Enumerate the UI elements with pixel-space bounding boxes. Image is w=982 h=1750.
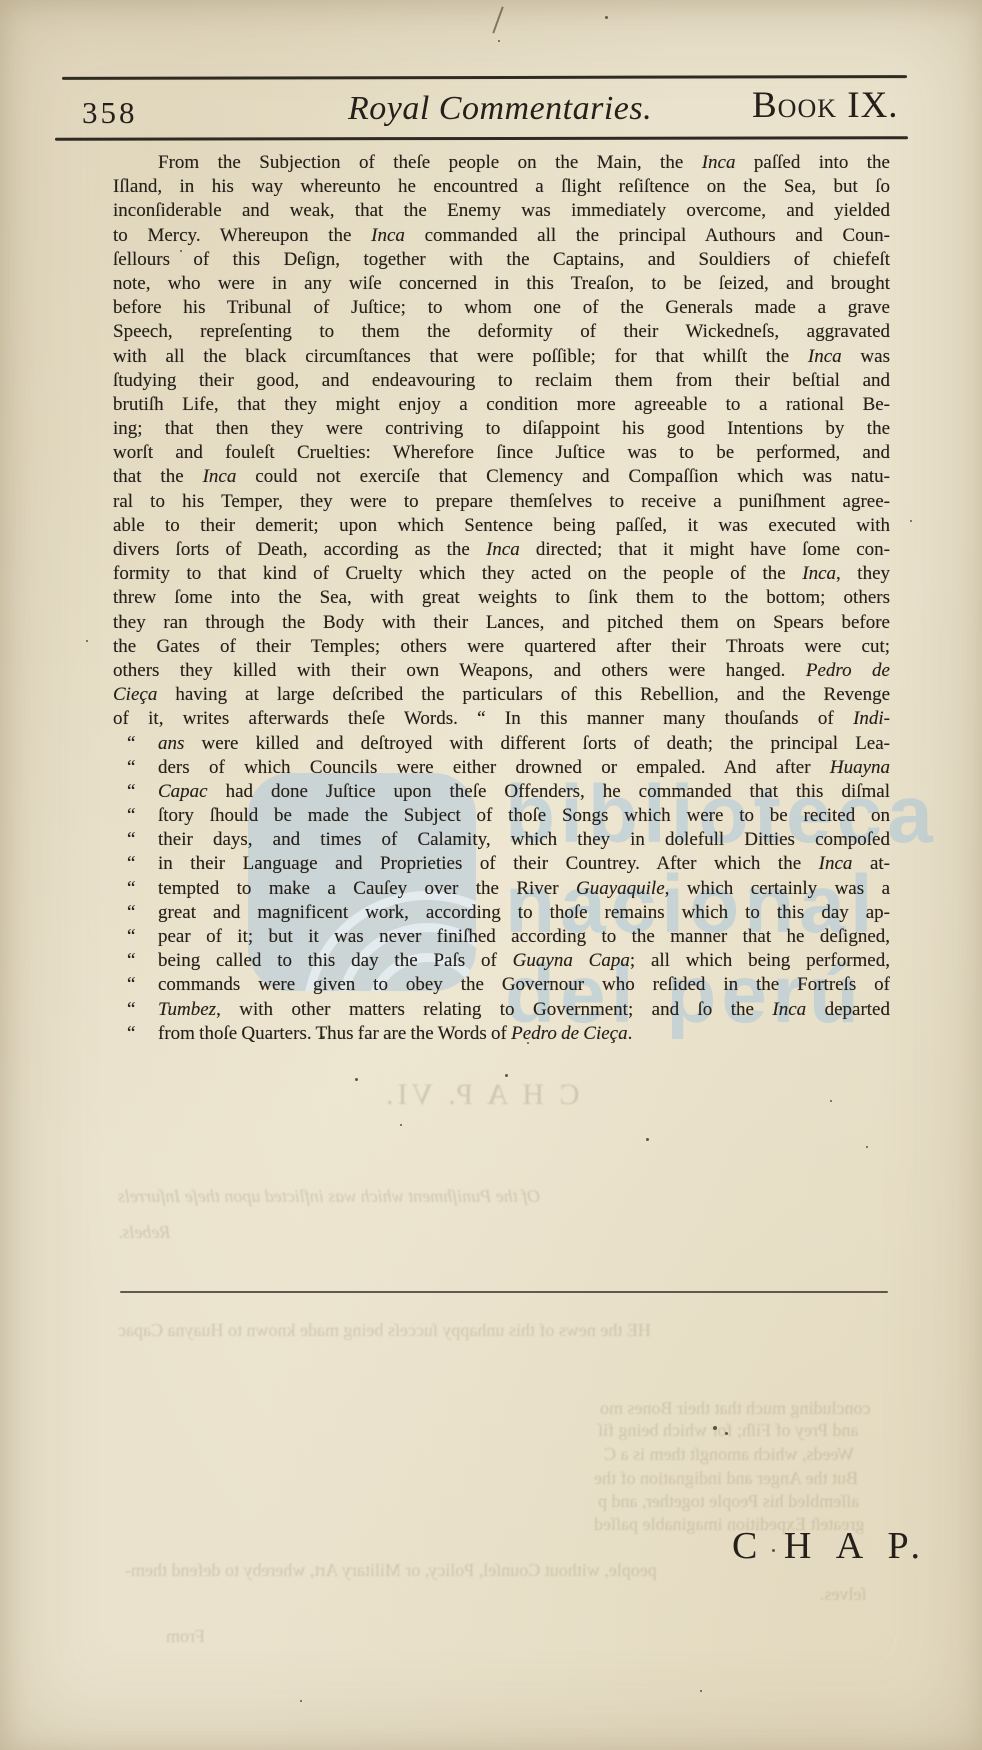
page-number: 358 (82, 95, 138, 131)
text-line: brutiſh Life, that they might enjoy a co… (113, 393, 890, 417)
text-segment: worſt and fouleſt Cruelties: Wherefore ſ… (113, 442, 890, 463)
ink-speck (700, 1690, 702, 1692)
text-segment: their days, and times of Calamity, which… (158, 829, 890, 850)
text-line: ſtudying their good, and endeavouring to… (113, 369, 890, 393)
text-line: that the Inca could not exerciſe that Cl… (113, 465, 890, 489)
text-line: “Capac had done Juſtice upon theſe Offen… (113, 780, 890, 804)
text-segment: others they killed with their own Weapon… (113, 660, 806, 681)
text-line: “being called to this day the Paſs of Gu… (113, 949, 890, 973)
text-segment: , which certainly was a (665, 878, 890, 899)
text-segment: Iſland, in his way whereunto he encountr… (113, 176, 890, 197)
ink-speck (772, 1549, 775, 1552)
bleedthrough-line: C H A P. VI. (382, 1078, 580, 1112)
bleedthrough-line: aſſembled his People together, and p (598, 1491, 859, 1512)
ink-speck (605, 16, 608, 19)
text-segment: in their Language and Proprieties of the… (158, 853, 819, 874)
catchword: C H A P. (732, 1524, 926, 1568)
text-line: “ans were killed and deſtroyed with diff… (113, 732, 890, 756)
bleedthrough-line: people, without Counſel, Policy, or Mili… (125, 1560, 657, 1581)
text-segment: Pedro de Cieça (511, 1023, 627, 1044)
text-segment: commands were given to obey the Governou… (158, 974, 890, 995)
text-line: Cieça having at large deſcribed the part… (113, 683, 890, 707)
text-segment: the Gates of their Temples; others were … (113, 636, 890, 657)
text-line: “from thoſe Quarters. Thus far are the W… (113, 1022, 890, 1046)
header-top-rule (62, 75, 907, 80)
text-line: able to their demerit; upon which Senten… (113, 514, 890, 538)
text-line: ſellours of this Deſign, together with t… (113, 248, 890, 272)
text-segment: Inca (819, 853, 853, 874)
bleedthrough-line: From (166, 1626, 205, 1647)
text-segment: able to their demerit; upon which Senten… (113, 515, 890, 536)
text-segment: Capac (158, 781, 208, 802)
text-segment: Huayna (830, 757, 890, 778)
text-segment: ans (158, 733, 184, 754)
text-segment: ſellours of this Deſign, together with t… (113, 249, 890, 270)
text-segment: commanded all the principal Authours and… (405, 225, 890, 246)
ink-speck (86, 640, 88, 642)
text-line: inconſiderable and weak, that the Enemy … (113, 199, 890, 223)
hanging-quote-mark: “ (127, 901, 135, 925)
ink-speck (910, 520, 912, 522)
section-divider-rule (120, 1291, 888, 1293)
text-line: before his Tribunal of Juſtice; to whom … (113, 296, 890, 320)
body-text: From the Subjection of theſe people on t… (113, 151, 890, 1046)
text-line: worſt and fouleſt Cruelties: Wherefore ſ… (113, 441, 890, 465)
text-line: others they killed with their own Weapon… (113, 659, 890, 683)
text-line: “Tumbez, with other matters relating to … (113, 998, 890, 1022)
ink-speck (713, 1426, 717, 1430)
text-line: “tempted to make a Cauſey over the River… (113, 877, 890, 901)
text-segment: Tumbez (158, 999, 216, 1020)
page-scan: 358 Royal Commentaries. Book IX. bibliot… (0, 0, 982, 1750)
text-line: with all the black circumſtances that we… (113, 345, 890, 369)
text-line: ral to his Temper, they were to prepare … (113, 490, 890, 514)
text-segment: ſtory ſhould be made the Subject of thoſ… (158, 805, 890, 826)
text-segment: From the Subjection of theſe people on t… (158, 152, 702, 173)
text-segment: ; all which being performed, (630, 950, 890, 971)
text-segment: Inca (371, 225, 405, 246)
text-segment: ſtudying their good, and endeavouring to… (113, 370, 890, 391)
ink-speck (505, 1074, 508, 1077)
text-segment: Inca (702, 152, 736, 173)
bleedthrough-line: Weeds, which amongſt them is a C (604, 1444, 854, 1465)
hanging-quote-mark: “ (127, 1022, 135, 1046)
text-segment: Guayaquile (576, 878, 665, 899)
text-segment: divers ſorts of Death, according as the (113, 539, 486, 560)
text-line: to Mercy. Whereupon the Inca commanded a… (113, 224, 890, 248)
bleedthrough-line: and Prey of Fiſh; for which being fiſ (598, 1420, 858, 1441)
hanging-quote-mark: “ (127, 852, 135, 876)
text-line: formity to that kind of Cruelty which th… (113, 562, 890, 586)
text-segment: ders of which Councils were either drown… (158, 757, 830, 778)
text-segment: Cieça (113, 684, 157, 705)
ink-speck (322, 1036, 325, 1039)
text-segment: from thoſe Quarters. Thus far are the Wo… (158, 1023, 511, 1044)
text-line: “pear of it; but it was never finiſhed a… (113, 925, 890, 949)
hanging-quote-mark: “ (127, 973, 135, 997)
text-segment: Inca (802, 563, 836, 584)
ink-speck (866, 1146, 868, 1148)
text-line: of it, writes afterwards theſe Words. “ … (113, 707, 890, 731)
text-segment: being called to this day the Paſs of (158, 950, 513, 971)
hanging-quote-mark: “ (127, 925, 135, 949)
text-segment: were killed and deſtroyed with different… (184, 733, 890, 754)
text-segment: Pedro de (806, 660, 890, 681)
header-bottom-rule (55, 136, 908, 140)
text-segment: could not exerciſe that Clemency and Com… (236, 466, 890, 487)
text-line: note, who were in any wiſe concerned in … (113, 272, 890, 296)
text-segment: had done Juſtice upon theſe Offenders, h… (208, 781, 890, 802)
text-segment: before his Tribunal of Juſtice; to whom … (113, 297, 890, 318)
ink-speck (498, 40, 500, 42)
text-line: From the Subjection of theſe people on t… (113, 151, 890, 175)
paper-scratch (492, 7, 503, 34)
hanging-quote-mark: “ (127, 828, 135, 852)
text-line: “in their Language and Proprieties of th… (113, 852, 890, 876)
text-segment: directed; that it might have ſome con- (520, 539, 890, 560)
text-segment: formity to that kind of Cruelty which th… (113, 563, 802, 584)
text-line: threw ſome into the Sea, with great weig… (113, 586, 890, 610)
ink-speck (355, 1078, 358, 1081)
text-line: they ran through the Body with their Lan… (113, 611, 890, 635)
text-segment: inconſiderable and weak, that the Enemy … (113, 200, 890, 221)
text-segment: with all the black circumſtances that we… (113, 346, 808, 367)
text-segment: Guayna Capa (513, 950, 630, 971)
text-segment: to Mercy. Whereupon the (113, 225, 371, 246)
bleedthrough-line: Of the Puniſhment which was inflicted up… (118, 1186, 540, 1207)
text-segment: tempted to make a Cauſey over the River (158, 878, 576, 899)
text-segment: having at large deſcribed the particular… (157, 684, 890, 705)
ink-speck (646, 1138, 649, 1141)
text-segment: note, who were in any wiſe concerned in … (113, 273, 890, 294)
text-segment: ing; that then they were contriving to d… (113, 418, 890, 439)
text-segment: Inca (808, 346, 842, 367)
text-segment: departed (806, 999, 890, 1020)
hanging-quote-mark: “ (127, 804, 135, 828)
text-line: divers ſorts of Death, according as the … (113, 538, 890, 562)
text-segment: Indi- (853, 708, 890, 729)
text-segment: brutiſh Life, that they might enjoy a co… (113, 394, 890, 415)
text-line: ing; that then they were contriving to d… (113, 417, 890, 441)
text-line: Iſland, in his way whereunto he encountr… (113, 175, 890, 199)
running-title: Royal Commentaries. (348, 90, 652, 128)
bleedthrough-line: ſelves. (820, 1584, 867, 1605)
text-line: “ſtory ſhould be made the Subject of tho… (113, 804, 890, 828)
bleedthrough-line: But the Anger and indignation of the (594, 1468, 858, 1489)
text-segment: , with other matters relating to Governm… (216, 999, 772, 1020)
text-segment: at- (852, 853, 890, 874)
hanging-quote-mark: “ (127, 780, 135, 804)
text-segment: , they (836, 563, 890, 584)
text-segment: was (842, 346, 890, 367)
text-line: the Gates of their Temples; others were … (113, 635, 890, 659)
text-segment: great and magnificent work, according to… (158, 902, 890, 923)
ink-speck (300, 1700, 302, 1702)
bleedthrough-line: Rebels. (118, 1222, 170, 1243)
text-line: “ders of which Councils were either drow… (113, 756, 890, 780)
text-segment: they ran through the Body with their Lan… (113, 612, 890, 633)
text-segment: Inca (203, 466, 237, 487)
hanging-quote-mark: “ (127, 949, 135, 973)
hanging-quote-mark: “ (127, 732, 135, 756)
hanging-quote-mark: “ (127, 756, 135, 780)
book-number: Book IX. (752, 84, 899, 127)
text-segment: Speech, repreſenting to them the deformi… (113, 321, 890, 342)
text-segment: pear of it; but it was never finiſhed ac… (158, 926, 890, 947)
text-segment: paſſed into the (735, 152, 890, 173)
bleedthrough-line: HE the news of this unhappy ſucceſs bein… (118, 1320, 651, 1341)
bleedthrough-line: concluding much that their Bones mo (600, 1398, 870, 1419)
ink-speck (180, 250, 182, 252)
text-line: “great and magnificent work, according t… (113, 901, 890, 925)
ink-speck (830, 1100, 832, 1102)
text-segment: threw ſome into the Sea, with great weig… (113, 587, 890, 608)
text-segment: of it, writes afterwards theſe Words. “ … (113, 708, 853, 729)
text-segment: . (628, 1023, 633, 1044)
ink-speck (527, 1042, 529, 1044)
hanging-quote-mark: “ (127, 877, 135, 901)
text-segment: Inca (486, 539, 520, 560)
text-line: “commands were given to obey the Governo… (113, 973, 890, 997)
text-line: Speech, repreſenting to them the deformi… (113, 320, 890, 344)
hanging-quote-mark: “ (127, 998, 135, 1022)
ink-speck (725, 1432, 728, 1435)
text-segment: that the (113, 466, 203, 487)
text-segment: ral to his Temper, they were to prepare … (113, 491, 890, 512)
text-segment: Inca (772, 999, 806, 1020)
ink-speck (400, 1124, 402, 1126)
text-line: “their days, and times of Calamity, whic… (113, 828, 890, 852)
